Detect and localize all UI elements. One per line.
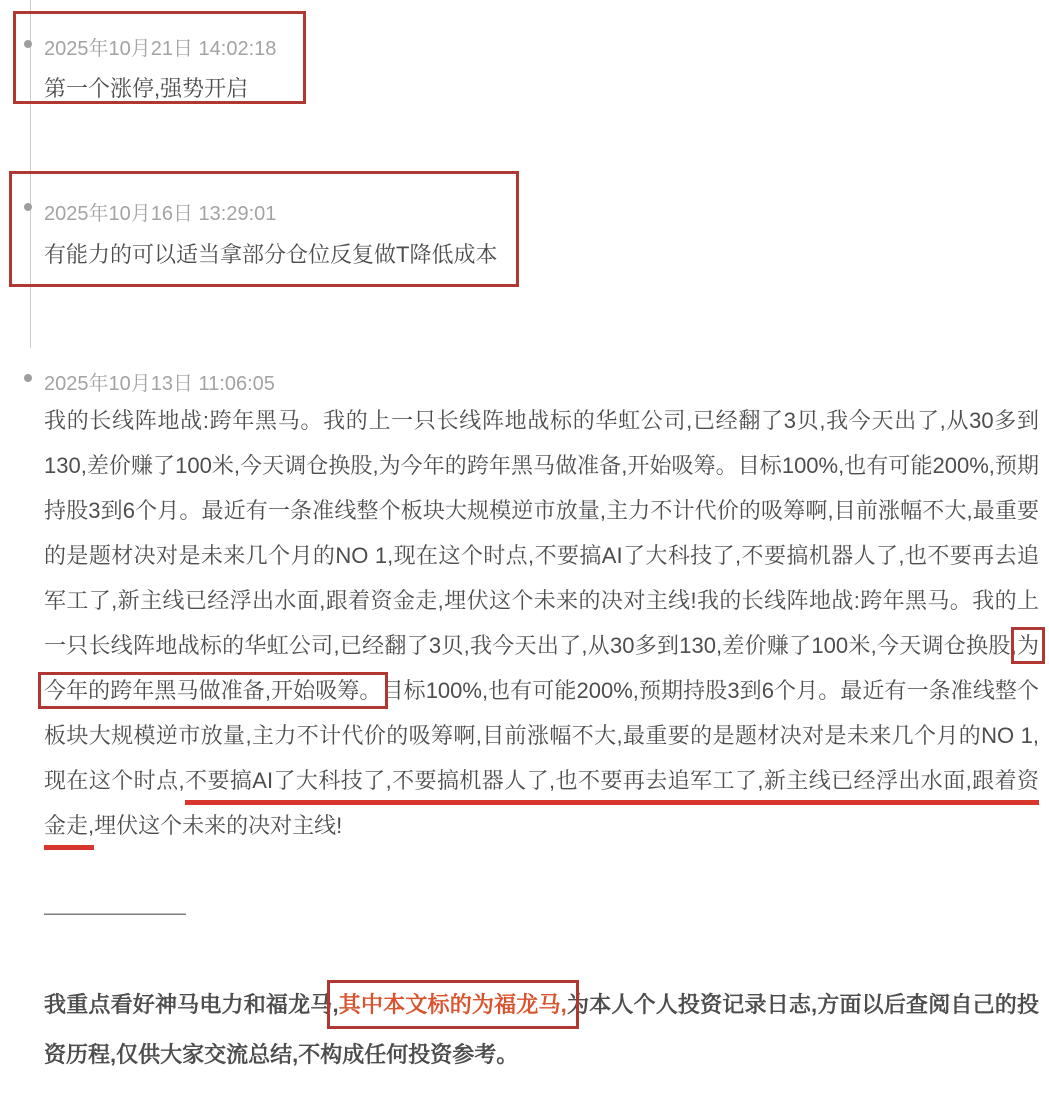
note-page: 2025年10月21日 14:02:18 第一个涨停,强势开启 2025年10月… [0, 0, 1049, 1096]
timeline-bullet-3 [24, 374, 32, 382]
paragraph-segment-pre-box: 我的长线阵地战:跨年黑马。我的上一只长线阵地战标的华虹公司,已经翻了3贝,我今天… [44, 408, 1039, 658]
entry-1-timestamp: 2025年10月21日 14:02:18 [44, 32, 276, 61]
entry-1-text: 第一个涨停,强势开启 [44, 72, 248, 103]
footer-highlight: 其中本文标的为福龙马, [339, 992, 567, 1017]
timeline-line [30, 0, 31, 348]
annotation-box-entry-2 [9, 171, 519, 287]
entry-2-timestamp: 2025年10月16日 13:29:01 [44, 197, 276, 226]
timeline-bullet-2 [24, 203, 32, 211]
entry-2-text: 有能力的可以适当拿部分仓位反复做T降低成本 [44, 238, 497, 269]
entry-3-paragraph: 我的长线阵地战:跨年黑马。我的上一只长线阵地战标的华虹公司,已经翻了3贝,我今天… [44, 398, 1039, 848]
entry-3-timestamp: 2025年10月13日 11:06:05 [44, 367, 275, 396]
text-separator: ——————— [44, 900, 184, 926]
paragraph-segment-tail: 埋伏这个未来的决对主线! [94, 813, 342, 838]
footer-lead: 我重点看好神马电力和福龙马, [44, 992, 339, 1017]
footer-disclaimer: 我重点看好神马电力和福龙马,其中本文标的为福龙马,为本人个人投资记录日志,方面以… [44, 980, 1039, 1080]
timeline-bullet-1 [24, 40, 32, 48]
